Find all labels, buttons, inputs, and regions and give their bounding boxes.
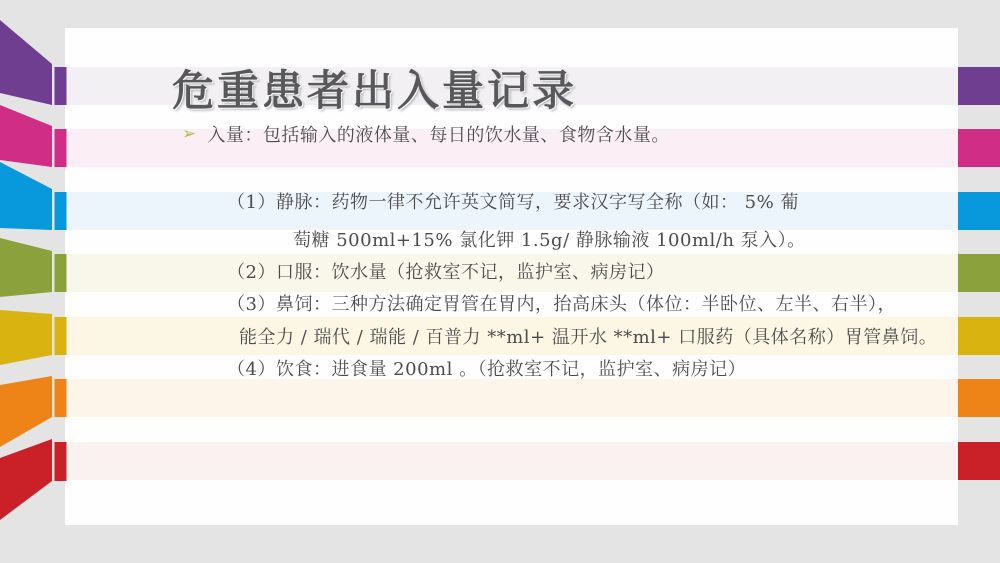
right-tab-yellow <box>958 317 1000 355</box>
ribbon-fold-tab-orange <box>55 379 67 417</box>
slide-canvas: 危重患者出入量记录 ➢ 入量：包括输入的液体量、每日的饮水量、食物含水量。 （1… <box>0 0 1000 563</box>
ribbon-strip-red <box>0 439 52 520</box>
ribbon-strip-yellow <box>0 310 52 365</box>
ribbon-fold-tab-olive <box>55 254 67 292</box>
right-tab-blue <box>958 192 1000 230</box>
body-line: 萄糖 500ml+15% 氯化钾 1.5g/ 静脉输液 100ml/h 泵入）。 <box>293 231 806 251</box>
right-tab-orange <box>958 379 1000 417</box>
right-tab-magenta <box>958 129 1000 167</box>
slide-title: 危重患者出入量记录 <box>172 58 577 118</box>
ribbon-fold-tab-yellow <box>55 317 67 355</box>
body-line: （2）口服：饮水量（抢救室不记，监护室、病房记） <box>227 263 664 283</box>
bullet-text: 入量：包括输入的液体量、每日的饮水量、食物含水量。 <box>207 121 670 147</box>
right-tab-red <box>958 442 1000 480</box>
body-line: （1）静脉：药物一律不允许英文简写，要求汉字写全称（如： 5% 葡 <box>227 193 799 213</box>
ribbon-strip-blue <box>0 162 52 230</box>
stripe-row-red <box>65 442 958 480</box>
ribbon-fold-tab-blue <box>55 192 67 230</box>
right-tab-purple <box>958 67 1000 105</box>
bullet-row: ➢ 入量：包括输入的液体量、每日的饮水量、食物含水量。 <box>182 121 670 147</box>
body-line: 能全力 / 瑞代 / 瑞能 / 百普力 **ml+ 温开水 **ml+ 口服药（… <box>239 328 937 348</box>
ribbon-strip-magenta <box>0 105 52 167</box>
ribbon-strip-orange <box>0 376 52 447</box>
body-line: （3）鼻饲：三种方法确定胃管在胃内，抬高床头（体位：半卧位、左半、右半）， <box>227 295 896 315</box>
ribbon-fold-tab-red <box>55 442 67 481</box>
ribbon-strip-olive <box>0 238 52 297</box>
ribbon-strip-purple <box>0 20 52 105</box>
ribbon-fold-tab-purple <box>55 67 67 105</box>
content-panel: 危重患者出入量记录 ➢ 入量：包括输入的液体量、每日的饮水量、食物含水量。 （1… <box>65 28 958 525</box>
left-ribbons-decoration <box>0 0 70 563</box>
stripe-row-orange <box>65 379 958 417</box>
right-tab-olive <box>958 254 1000 292</box>
ribbon-fold-tab-magenta <box>55 129 67 167</box>
arrow-bullet-icon: ➢ <box>182 124 196 144</box>
body-line: （4）饮食：进食量 200ml 。（抢救室不记，监护室、病房记） <box>227 360 746 380</box>
